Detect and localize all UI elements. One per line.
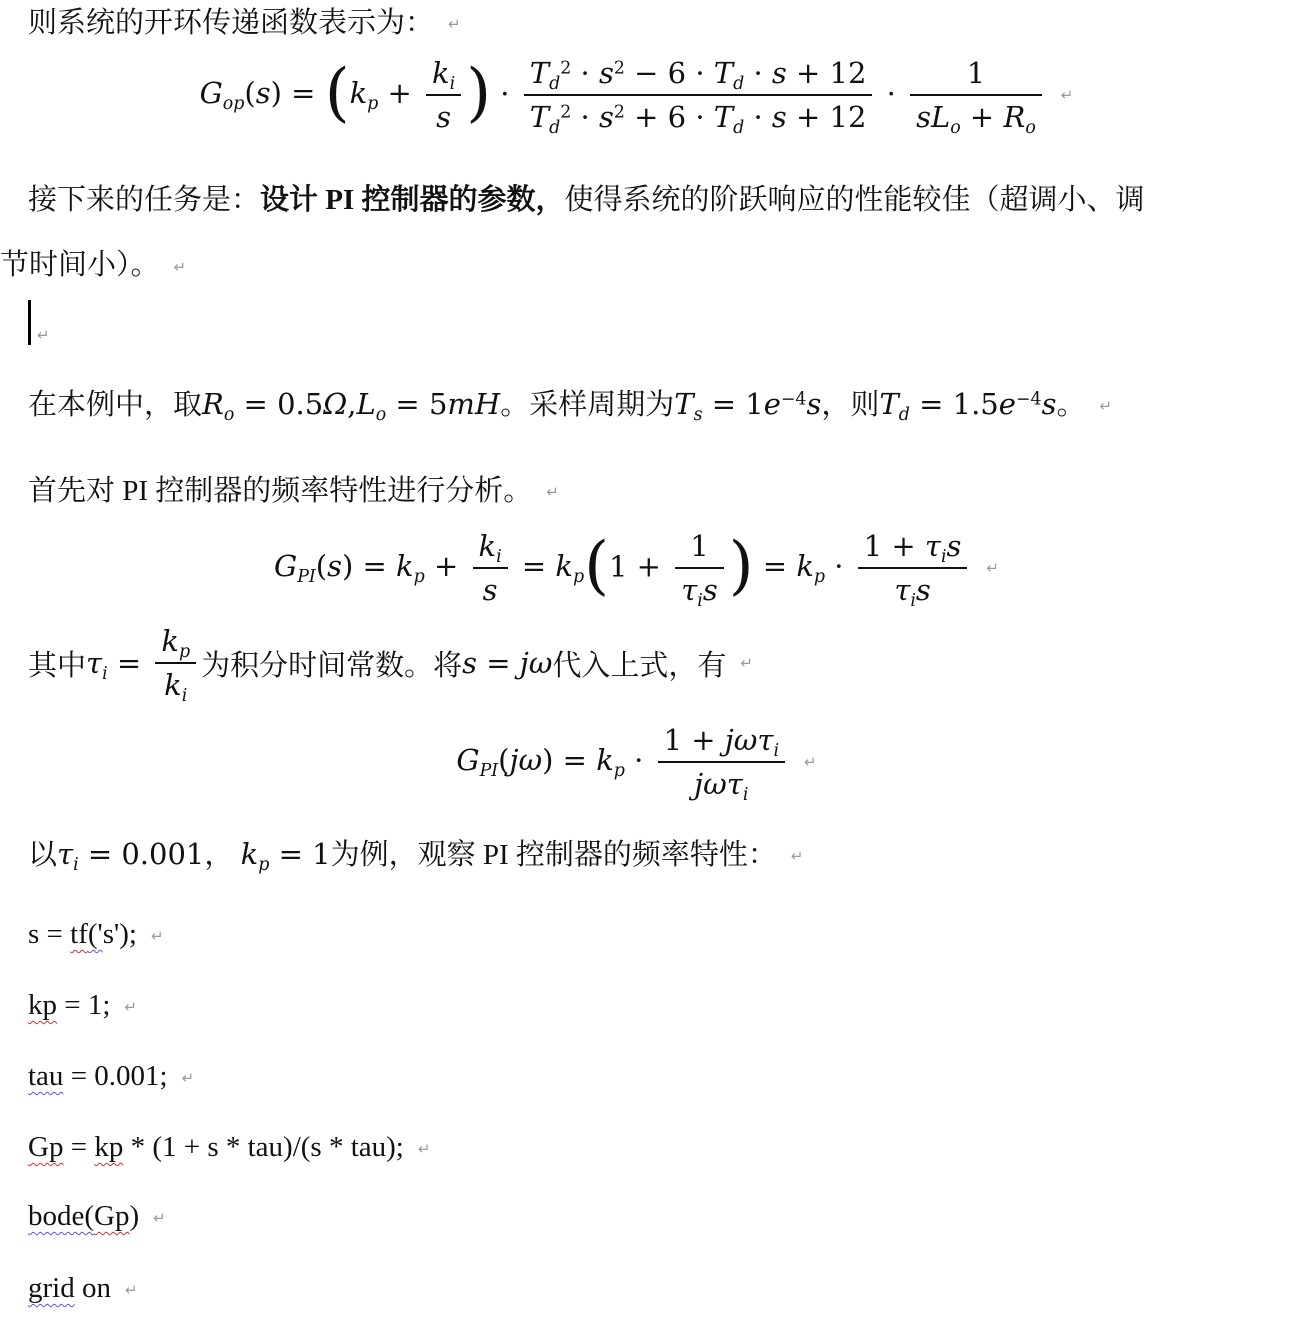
paragraph-task: 接下来的任务是：设计 PI 控制器的参数，使得系统的阶跃响应的性能较佳（超调小、… [0,168,1307,300]
code-line-grid: grid on↵ [0,1272,1307,1305]
inline-math-ts: Ts = 1e−4s [674,387,821,421]
fraction-taus: 1 + τisτis [858,528,968,609]
formula-gop: Gop(s) = (kp + kis) · Td2 · s2 − 6 · Td … [0,55,1307,136]
paragraph-example-params: 以τi = 0.001， kp = 1为例，观察 PI 控制器的频率特性：↵ [0,833,1307,876]
paragraph-mark: ↵ [986,559,999,577]
formula-term: 1 + [609,549,670,583]
paragraph-open-loop-intro: 则系统的开环传递函数表示为：↵ [0,2,1307,44]
fraction-jwtaui: 1 + jωτijωτi [658,722,785,803]
fraction-denominator: τis [858,569,968,608]
fraction-td-polynomial: Td2 · s2 − 6 · Td · s + 12Td2 · s2 + 6 ·… [524,55,873,136]
formula-gpi-s: GPI(s) = kp + kis = kp(1 + 1τis) = kp · … [0,528,1307,609]
fraction-load: 1sLo + Ro [910,55,1042,136]
grammar-error-text: tau [28,1060,63,1092]
text-cursor [28,300,31,345]
inline-math-taui-value: τi = 0.001 [57,837,204,871]
code-text: s'); [103,918,137,950]
paragraph-text: 其中 [28,643,86,684]
spell-error-text: Gp [94,1200,129,1232]
fraction-one-tauis: 1τis [675,528,724,609]
paragraph-mark: ↵ [1061,86,1074,104]
paragraph-mark: ↵ [153,1209,166,1227]
code-text: on [75,1272,111,1304]
paragraph-mark: ↵ [546,483,559,501]
paragraph-text: ，则 [821,389,879,421]
formula-term: = kp · [754,549,853,583]
paragraph-mark: ↵ [125,1281,138,1299]
paragraph-mark: ↵ [174,258,187,276]
spell-error-text: Gp [28,1131,63,1163]
paragraph-text: 。采样周期为 [500,389,674,421]
code-text: ) [129,1200,139,1232]
formula-lhs: GPI(s) = kp + [274,549,468,583]
paragraph-text: 在本例中，取 [28,389,202,421]
paragraph-text: 。 [1056,389,1085,421]
paragraph-text: 代入上式，有 [552,643,726,684]
paragraph-text: 接下来的任务是： [28,184,260,216]
formula-term: kp + [350,76,421,110]
code-text: = 1; [57,989,110,1021]
code-line-kp: kp = 1;↵ [0,989,1307,1022]
fraction-numerator: ki [473,528,508,569]
paragraph-text: 为积分时间常数。将 [201,643,462,684]
paragraph-mark: ↵ [804,753,817,771]
grammar-error-text: bode( [28,1200,94,1232]
paragraph-text: ， [204,839,240,871]
grammar-error-text: grid [28,1272,75,1304]
paragraph-example-values: 在本例中，取Ro = 0.5Ω,Lo = 5mH。采样周期为Ts = 1e−4s… [0,383,1307,426]
paragraph-text: 则系统的开环传递函数表示为： [28,7,434,39]
fraction-ki-s: kis [473,528,508,609]
inline-math-ro-lo: Ro = 0.5Ω,Lo = 5mH [202,387,500,421]
fraction-denominator: τis [675,569,724,608]
paragraph-mark: ↵ [124,998,137,1016]
empty-paragraph: ↵ [0,300,1307,352]
fraction-denominator: jωτi [658,763,785,802]
paragraph-frequency-analysis: 首先对 PI 控制器的频率特性进行分析。↵ [0,470,1307,512]
paragraph-mark: ↵ [151,927,164,945]
inline-math-taui: τi = [86,646,150,680]
fraction-numerator: 1 [910,55,1042,96]
fraction-numerator: kp [155,623,196,664]
dot-operator: · [877,76,905,110]
spell-error-text: kp [28,989,57,1021]
paragraph-text: 首先对 PI 控制器的频率特性进行分析。 [28,475,532,507]
inline-math-kp-value: kp = 1 [241,837,331,871]
paragraph-mark: ↵ [791,847,804,865]
code-line-tau: tau = 0.001;↵ [0,1060,1307,1093]
formula-lhs: Gop(s) = [200,76,325,110]
code-line-tf: s = tf('s');↵ [0,918,1307,951]
formula-gpi-jw: GPI(jω) = kp · 1 + jωτijωτi↵ [0,722,1307,803]
inline-math-s-jw: s = jω [462,646,552,680]
paragraph-mark: ↵ [37,326,50,344]
formula-lhs: GPI(jω) = kp · [456,743,652,777]
fraction-denominator: s [473,569,508,608]
code-text: * (1 + s * tau)/(s * tau); [123,1131,404,1163]
spell-error-text: tf [70,918,88,950]
fraction-ki-s: kis [426,55,461,136]
fraction-numerator: 1 + τis [858,528,968,569]
dot-operator: · [491,76,519,110]
paragraph-mark: ↵ [448,15,461,33]
paragraph-text: 以 [28,839,57,871]
grammar-error-text: (' [88,918,103,950]
spell-error-text: kp [94,1131,123,1163]
fraction-denominator: Td2 · s2 + 6 · Td · s + 12 [524,96,873,135]
bold-task-text: 设计 PI 控制器的参数， [260,184,565,216]
fraction-numerator: Td2 · s2 − 6 · Td · s + 12 [524,55,873,96]
document-page[interactable]: 则系统的开环传递函数表示为：↵ Gop(s) = (kp + kis) · Td… [0,0,1307,1333]
paragraph-mark: ↵ [418,1140,431,1158]
fraction-numerator: 1 [675,528,724,569]
formula-term: = kp [513,549,584,583]
code-text: s = [28,918,70,950]
paragraph-mark: ↵ [1099,397,1112,415]
fraction-kp-ki: kpki [155,623,196,704]
paragraph-mark: ↵ [182,1069,195,1087]
fraction-numerator: ki [426,55,461,96]
code-text: = [63,1131,94,1163]
fraction-denominator: ki [155,664,196,703]
inline-math-td: Td = 1.5e−4s [879,387,1056,421]
code-text: = 0.001; [63,1060,167,1092]
paragraph-mark: ↵ [740,654,753,672]
fraction-numerator: 1 + jωτi [658,722,785,763]
paragraph-text: 为例，观察 PI 控制器的频率特性： [331,839,777,871]
fraction-denominator: sLo + Ro [910,96,1042,135]
code-line-gp: Gp = kp * (1 + s * tau)/(s * tau);↵ [0,1131,1307,1164]
fraction-denominator: s [426,96,461,135]
paragraph-tau-definition: 其中τi = kpki为积分时间常数。将s = jω代入上式，有↵ [0,618,1307,708]
paragraph-text: 节时间小）。 [0,249,160,281]
code-line-bode: bode(Gp)↵ [0,1200,1307,1233]
paragraph-text: 使得系统的阶跃响应的性能较佳（超调小、调 [565,184,1145,216]
